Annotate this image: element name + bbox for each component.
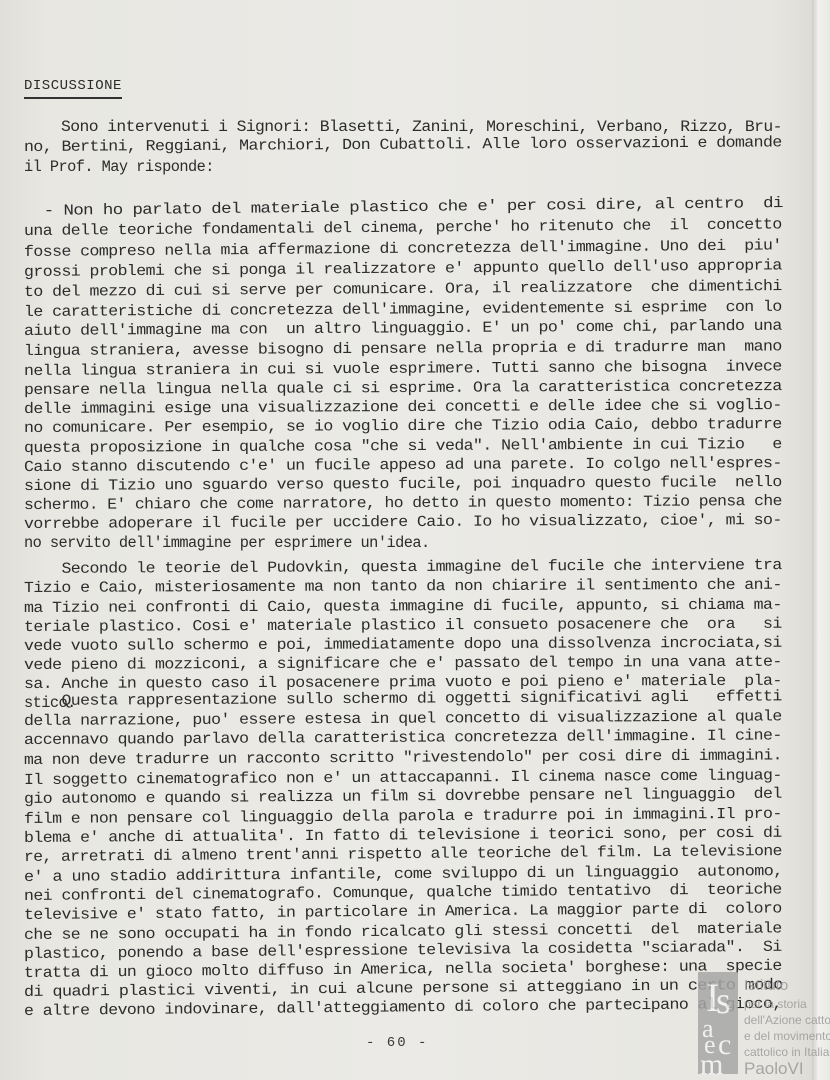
text-line: Tizio e Caio, misteriosamente ma non tan…	[24, 576, 782, 597]
watermark-text: Istituto	[744, 978, 788, 993]
page-number: - 60 -	[366, 1035, 428, 1051]
watermark-text: e del movimento	[744, 1030, 830, 1042]
isacem-watermark-logo: I s a e c m Istituto per la storia dell'…	[698, 972, 830, 1080]
text-line: ma Tizio nei confronti di Caio, questa i…	[24, 596, 782, 617]
watermark-text: cattolico in Italia	[744, 1046, 829, 1058]
page-edge	[812, 0, 830, 1080]
text-line: no servito dell'immagine per esprimere u…	[24, 534, 430, 552]
text-line: vede pieno di mozziconi, a significare c…	[24, 653, 782, 674]
watermark-text: dell'Azione cattolica	[744, 1014, 830, 1026]
watermark-text: PaoloVI	[744, 1060, 804, 1077]
watermark-letter: s	[716, 982, 731, 1020]
text-line: teriale plastico. Cosi e' materiale plas…	[24, 615, 782, 636]
text-line: vede vuoto sullo schermo e poi, immediat…	[24, 634, 782, 655]
watermark-text: per la storia	[744, 998, 807, 1010]
watermark-letter: m	[700, 1050, 723, 1080]
text-line: il Prof. May risponde:	[24, 158, 214, 176]
section-heading: DISCUSSIONE	[24, 78, 122, 99]
